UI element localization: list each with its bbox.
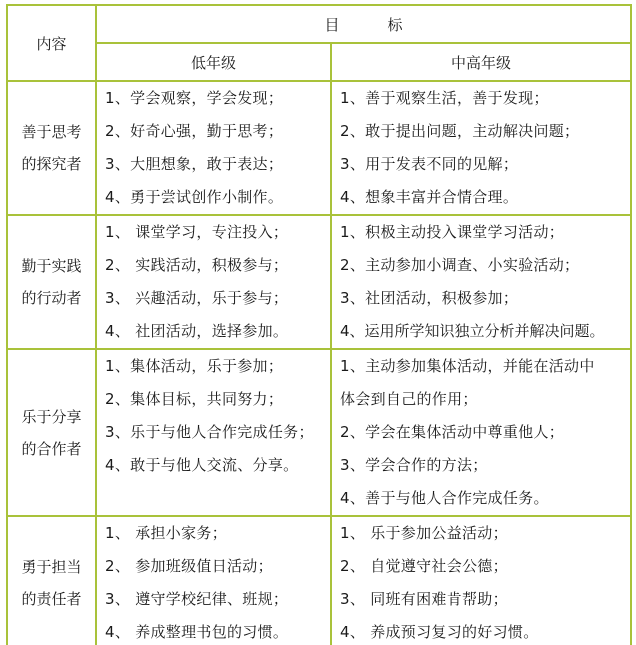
goal-item: 3、学会合作的方法； — [340, 449, 630, 482]
goal-item: 3、 同班有困难肯帮助； — [340, 583, 630, 616]
goal-item: 3、大胆想象，敢于表达； — [105, 148, 330, 181]
high-grade-goals: 1、积极主动投入课堂学习活动； 2、主动参加小调查、小实验活动； 3、社团活动，… — [331, 215, 631, 349]
goal-item: 4、运用所学知识独立分析并解决问题。 — [340, 315, 630, 348]
goal-item: 4、 养成整理书包的习惯。 — [105, 616, 330, 645]
goal-item: 4、善于与他人合作完成任务。 — [340, 482, 630, 515]
category-line: 勇于担当 — [8, 551, 95, 583]
category-line: 的行动者 — [8, 282, 95, 314]
goal-item: 4、想象丰富并合情合理。 — [340, 181, 630, 214]
category-line: 的合作者 — [8, 433, 95, 465]
goal-item: 3、社团活动，积极参加； — [340, 282, 630, 315]
category-line: 的责任者 — [8, 583, 95, 615]
goal-item: 2、学会在集体活动中尊重他人； — [340, 416, 630, 449]
goal-item: 2、集体目标，共同努力； — [105, 383, 330, 416]
header-target-right: 标 — [388, 16, 403, 34]
goal-item: 4、敢于与他人交流、分享。 — [105, 449, 330, 482]
goal-item: 2、好奇心强，勤于思考； — [105, 115, 330, 148]
header-target: 目标 — [96, 5, 631, 43]
low-grade-goals: 1、 课堂学习，专注投入； 2、 实践活动，积极参与； 3、 兴趣活动，乐于参与… — [96, 215, 331, 349]
category-cell: 勇于担当 的责任者 — [7, 516, 96, 645]
table-row: 勤于实践 的行动者 1、 课堂学习，专注投入； 2、 实践活动，积极参与； 3、… — [7, 215, 631, 349]
goal-item: 1、 承担小家务； — [105, 517, 330, 550]
goal-item: 2、 参加班级值日活动； — [105, 550, 330, 583]
table-row: 乐于分享 的合作者 1、集体活动，乐于参加； 2、集体目标，共同努力； 3、乐于… — [7, 349, 631, 516]
header-high-grade: 中高年级 — [331, 43, 631, 81]
goal-item: 1、 课堂学习，专注投入； — [105, 216, 330, 249]
goal-item: 3、 兴趣活动，乐于参与； — [105, 282, 330, 315]
high-grade-goals: 1、主动参加集体活动，并能在活动中 体会到自己的作用； 2、学会在集体活动中尊重… — [331, 349, 631, 516]
high-grade-goals: 1、善于观察生活，善于发现； 2、敢于提出问题，主动解决问题； 3、用于发表不同… — [331, 81, 631, 215]
goal-item: 2、 实践活动，积极参与； — [105, 249, 330, 282]
goal-item: 1、 乐于参加公益活动； — [340, 517, 630, 550]
goal-item: 3、乐于与他人合作完成任务； — [105, 416, 330, 449]
goal-item: 1、善于观察生活，善于发现； — [340, 82, 630, 115]
category-line: 善于思考 — [8, 116, 95, 148]
goal-item: 1、集体活动，乐于参加； — [105, 350, 330, 383]
header-content: 内容 — [7, 5, 96, 81]
high-grade-goals: 1、 乐于参加公益活动； 2、 自觉遵守社会公德； 3、 同班有困难肯帮助； 4… — [331, 516, 631, 645]
low-grade-goals: 1、集体活动，乐于参加； 2、集体目标，共同努力； 3、乐于与他人合作完成任务；… — [96, 349, 331, 516]
low-grade-goals: 1、学会观察，学会发现； 2、好奇心强，勤于思考； 3、大胆想象，敢于表达； 4… — [96, 81, 331, 215]
goal-item: 4、 养成预习复习的好习惯。 — [340, 616, 630, 645]
category-cell: 乐于分享 的合作者 — [7, 349, 96, 516]
goal-item: 4、 社团活动，选择参加。 — [105, 315, 330, 348]
category-line: 的探究者 — [8, 148, 95, 180]
goal-item: 4、勇于尝试创作小制作。 — [105, 181, 330, 214]
goal-item-continuation: 体会到自己的作用； — [340, 383, 630, 416]
category-line: 勤于实践 — [8, 250, 95, 282]
goal-item: 1、积极主动投入课堂学习活动； — [340, 216, 630, 249]
header-target-left: 目 — [324, 16, 339, 34]
category-line: 乐于分享 — [8, 401, 95, 433]
category-cell: 善于思考 的探究者 — [7, 81, 96, 215]
goal-item: 1、学会观察，学会发现； — [105, 82, 330, 115]
table-row: 善于思考 的探究者 1、学会观察，学会发现； 2、好奇心强，勤于思考； 3、大胆… — [7, 81, 631, 215]
header-low-grade: 低年级 — [96, 43, 331, 81]
table-row: 勇于担当 的责任者 1、 承担小家务； 2、 参加班级值日活动； 3、 遵守学校… — [7, 516, 631, 645]
goal-item: 2、 自觉遵守社会公德； — [340, 550, 630, 583]
goal-item: 3、 遵守学校纪律、班规； — [105, 583, 330, 616]
goal-item: 1、主动参加集体活动，并能在活动中 — [340, 350, 630, 383]
category-cell: 勤于实践 的行动者 — [7, 215, 96, 349]
goals-table: 内容 目标 低年级 中高年级 善于思考 的探究者 1、学会观察，学会发现； 2、… — [6, 4, 632, 645]
goal-item: 2、主动参加小调查、小实验活动； — [340, 249, 630, 282]
goal-item: 2、敢于提出问题，主动解决问题； — [340, 115, 630, 148]
goal-item: 3、用于发表不同的见解； — [340, 148, 630, 181]
low-grade-goals: 1、 承担小家务； 2、 参加班级值日活动； 3、 遵守学校纪律、班规； 4、 … — [96, 516, 331, 645]
